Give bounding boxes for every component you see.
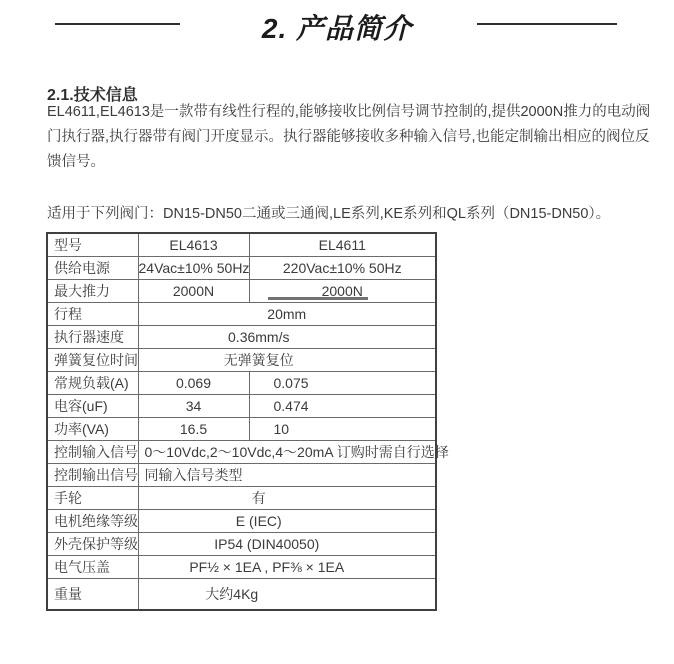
spec-row-actuator-speed: 执行器速度 0.36mm/s — [47, 326, 436, 349]
spec-value-el4613: EL4613 — [138, 233, 249, 257]
intro-line: 馈信号。 — [47, 150, 650, 175]
spec-label: 常规负载(A) — [47, 372, 138, 395]
intro-line: 门执行器,执行器带有阀门开度显示。执行器能够接收多种输入信号,也能定制输出相应的… — [47, 125, 650, 150]
spec-label: 控制输入信号 — [47, 441, 138, 464]
spec-value-span: E (IEC) — [138, 510, 436, 533]
header-rule-right — [477, 23, 617, 25]
spec-value-el4613: 2000N — [138, 280, 249, 303]
spec-value-span: 同输入信号类型 — [138, 464, 436, 487]
spec-row-model: 型号 EL4613 EL4611 — [47, 233, 436, 257]
spec-row-stroke: 行程 20mm — [47, 303, 436, 326]
spec-row-weight: 重量 大约4Kg — [47, 579, 436, 611]
spec-label: 外壳保护等级 — [47, 533, 138, 556]
spec-value-el4611: 0.474 — [249, 395, 436, 418]
spec-value-el4613: 34 — [138, 395, 249, 418]
spec-value-span: IP54 (DIN40050) — [138, 533, 436, 556]
spec-label: 执行器速度 — [47, 326, 138, 349]
spec-label: 电容(uF) — [47, 395, 138, 418]
spec-label: 重量 — [47, 579, 138, 611]
spec-label: 供给电源 — [47, 257, 138, 280]
spec-row-max-thrust: 最大推力 2000N 2000N — [47, 280, 436, 303]
spec-value-span: 无弹簧复位 — [138, 349, 436, 372]
spec-row-enclosure-protection-class: 外壳保护等级 IP54 (DIN40050) — [47, 533, 436, 556]
spec-label: 弹簧复位时间 — [47, 349, 138, 372]
spec-value-span: 0.36mm/s — [138, 326, 436, 349]
spec-row-capacitance: 电容(uF) 34 0.474 — [47, 395, 436, 418]
spec-row-motor-insulation-class: 电机绝缘等级 E (IEC) — [47, 510, 436, 533]
spec-value-span: 0～10Vdc,2～10Vdc,4～20mA 订购时需自行选择 — [138, 441, 436, 464]
spec-label: 行程 — [47, 303, 138, 326]
spec-row-power-supply: 供给电源 24Vac±10% 50Hz 220Vac±10% 50Hz — [47, 257, 436, 280]
spec-value-el4613: 24Vac±10% 50Hz — [138, 257, 249, 280]
spec-row-rated-load: 常规负载(A) 0.069 0.075 — [47, 372, 436, 395]
spec-value-span: 大约4Kg — [138, 579, 436, 611]
spec-value-span: 有 — [138, 487, 436, 510]
spec-row-control-output-signal: 控制输出信号 同输入信号类型 — [47, 464, 436, 487]
spec-value-el4611: EL4611 — [249, 233, 436, 257]
intro-line: EL4611,EL4613是一款带有线性行程的,能够接收比例信号调节控制的,提供… — [47, 100, 650, 125]
spec-row-cable-gland: 电气压盖 PF½ × 1EA , PF⅜ × 1EA — [47, 556, 436, 579]
spec-row-power: 功率(VA) 16.5 10 — [47, 418, 436, 441]
applicability-note: 适用于下列阀门：DN15-DN50二通或三通阀,LE系列,KE系列和QL系列（D… — [47, 202, 610, 223]
chapter-title: 2. 产品简介 — [0, 7, 674, 47]
intro-paragraph: EL4611,EL4613是一款带有线性行程的,能够接收比例信号调节控制的,提供… — [47, 100, 650, 175]
spec-value-el4613: 16.5 — [138, 418, 249, 441]
spec-value-el4611: 0.075 — [249, 372, 436, 395]
spec-row-handwheel: 手轮 有 — [47, 487, 436, 510]
spec-value-el4611: 10 — [249, 418, 436, 441]
spec-value-span: PF½ × 1EA , PF⅜ × 1EA — [138, 556, 436, 579]
spec-label: 控制输出信号 — [47, 464, 138, 487]
spec-label: 型号 — [47, 233, 138, 257]
spec-value-span: 20mm — [138, 303, 436, 326]
spec-label: 功率(VA) — [47, 418, 138, 441]
spec-row-control-input-signal: 控制输入信号 0～10Vdc,2～10Vdc,4～20mA 订购时需自行选择 — [47, 441, 436, 464]
spec-table: 型号 EL4613 EL4611 供给电源 24Vac±10% 50Hz 220… — [46, 232, 437, 611]
spec-label: 电气压盖 — [47, 556, 138, 579]
spec-value-el4613: 0.069 — [138, 372, 249, 395]
spec-label: 最大推力 — [47, 280, 138, 303]
spec-value-el4611: 220Vac±10% 50Hz — [249, 257, 436, 280]
scan-artifact-line — [268, 297, 368, 300]
spec-row-spring-return-time: 弹簧复位时间 无弹簧复位 — [47, 349, 436, 372]
spec-label: 手轮 — [47, 487, 138, 510]
spec-label: 电机绝缘等级 — [47, 510, 138, 533]
